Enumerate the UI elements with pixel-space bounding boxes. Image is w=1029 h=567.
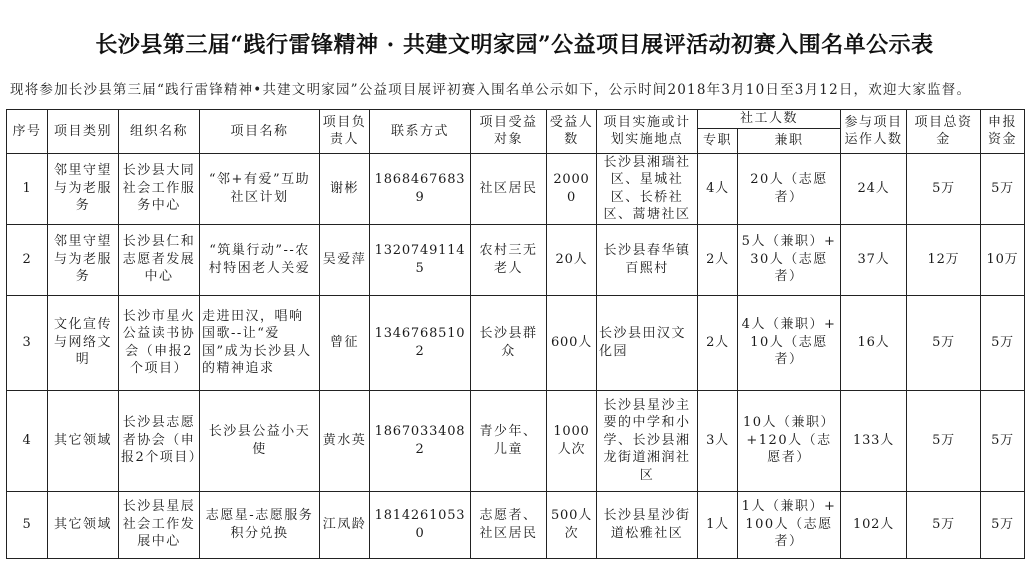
cell-requested-funds: 5万 [981, 491, 1025, 558]
cell-org: 长沙县仁和志愿者发展中心 [119, 224, 200, 295]
cell-contact: 18670334082 [370, 390, 471, 491]
cell-location: 长沙县星沙主要的中学和小学、长沙县湘龙街道湘润社区 [597, 390, 698, 491]
table-row: 3 文化宣传与网络文明 长沙市星火公益读书协会（申报2个项目） 走进田汉，唱响国… [7, 295, 1025, 390]
cell-part-time: 4人（兼职）+10人（志愿者） [738, 295, 841, 390]
cell-org: 长沙市星火公益读书协会（申报2个项目） [119, 295, 200, 390]
cell-beneficiary-count: 20000 [547, 153, 597, 224]
cell-seq: 3 [7, 295, 48, 390]
cell-total-funds: 5万 [907, 491, 981, 558]
cell-total-funds: 5万 [907, 390, 981, 491]
cell-leader: 曾征 [320, 295, 370, 390]
cell-project: 志愿星-志愿服务积分兑换 [200, 491, 320, 558]
cell-full-time: 2人 [698, 224, 738, 295]
cell-full-time: 3人 [698, 390, 738, 491]
table-row: 1 邻里守望与为老服务 长沙县大同社会工作服务中心 “邻+有爱”互助社区计划 谢… [7, 153, 1025, 224]
cell-project: 长沙县公益小天使 [200, 390, 320, 491]
cell-category: 文化宣传与网络文明 [48, 295, 119, 390]
header-project: 项目名称 [200, 110, 320, 154]
cell-part-time: 10人（兼职）+120人（志愿者） [738, 390, 841, 491]
shortlist-table: 序号 项目类别 组织名称 项目名称 项目负责人 联系方式 项目受益对象 受益人数… [6, 109, 1025, 559]
header-org: 组织名称 [119, 110, 200, 154]
cell-requested-funds: 10万 [981, 224, 1025, 295]
cell-leader: 谢彬 [320, 153, 370, 224]
header-part-time: 兼职 [738, 128, 841, 153]
header-full-time: 专职 [698, 128, 738, 153]
cell-seq: 2 [7, 224, 48, 295]
document-title: 长沙县第三届“践行雷锋精神 · 共建文明家园”公益项目展评活动初赛入围名单公示表 [0, 28, 1029, 59]
header-total-funds: 项目总资金 [907, 110, 981, 154]
cell-requested-funds: 5万 [981, 295, 1025, 390]
cell-location: 长沙县湘瑞社区、星城社区、长桥社区、蒿塘社区 [597, 153, 698, 224]
cell-org: 长沙县大同社会工作服务中心 [119, 153, 200, 224]
cell-contact: 13207491145 [370, 224, 471, 295]
cell-requested-funds: 5万 [981, 153, 1025, 224]
cell-category: 其它领域 [48, 491, 119, 558]
cell-contact: 18684676839 [370, 153, 471, 224]
cell-seq: 4 [7, 390, 48, 491]
header-social-workers: 社工人数 [698, 110, 841, 129]
cell-beneficiary: 长沙县群众 [471, 295, 547, 390]
cell-full-time: 1人 [698, 491, 738, 558]
cell-beneficiary-count: 1000人次 [547, 390, 597, 491]
header-seq: 序号 [7, 110, 48, 154]
cell-requested-funds: 5万 [981, 390, 1025, 491]
cell-beneficiary: 社区居民 [471, 153, 547, 224]
cell-location: 长沙县春华镇百熙村 [597, 224, 698, 295]
table-row: 4 其它领域 长沙县志愿者协会（申报2个项目） 长沙县公益小天使 黄水英 186… [7, 390, 1025, 491]
cell-project: “筑巢行动”--农村特困老人关爱 [200, 224, 320, 295]
header-beneficiary: 项目受益对象 [471, 110, 547, 154]
cell-org: 长沙县志愿者协会（申报2个项目） [119, 390, 200, 491]
cell-contact: 13467685102 [370, 295, 471, 390]
cell-part-time: 5人（兼职）+30人（志愿者） [738, 224, 841, 295]
cell-beneficiary: 志愿者、社区居民 [471, 491, 547, 558]
header-leader: 项目负责人 [320, 110, 370, 154]
header-beneficiary-count: 受益人数 [547, 110, 597, 154]
cell-project: “邻+有爱”互助社区计划 [200, 153, 320, 224]
cell-total-funds: 5万 [907, 295, 981, 390]
cell-participants: 37人 [841, 224, 907, 295]
cell-beneficiary-count: 500人次 [547, 491, 597, 558]
cell-beneficiary: 青少年、儿童 [471, 390, 547, 491]
table-row: 2 邻里守望与为老服务 长沙县仁和志愿者发展中心 “筑巢行动”--农村特困老人关… [7, 224, 1025, 295]
cell-category: 邻里守望与为老服务 [48, 153, 119, 224]
table-row: 5 其它领域 长沙县星辰社会工作发展中心 志愿星-志愿服务积分兑换 江凤龄 18… [7, 491, 1025, 558]
header-location: 项目实施或计划实施地点 [597, 110, 698, 154]
cell-participants: 16人 [841, 295, 907, 390]
cell-seq: 5 [7, 491, 48, 558]
cell-leader: 黄水英 [320, 390, 370, 491]
header-category: 项目类别 [48, 110, 119, 154]
cell-location: 长沙县星沙街道松雅社区 [597, 491, 698, 558]
cell-beneficiary-count: 20人 [547, 224, 597, 295]
cell-participants: 102人 [841, 491, 907, 558]
intro-paragraph: 现将参加长沙县第三届“践行雷锋精神•共建文明家园”公益项目展评初赛入围名单公示如… [10, 78, 1029, 98]
cell-full-time: 4人 [698, 153, 738, 224]
cell-part-time: 1人（兼职）+100人（志愿者） [738, 491, 841, 558]
cell-seq: 1 [7, 153, 48, 224]
cell-participants: 133人 [841, 390, 907, 491]
cell-category: 邻里守望与为老服务 [48, 224, 119, 295]
cell-total-funds: 12万 [907, 224, 981, 295]
header-row: 序号 项目类别 组织名称 项目名称 项目负责人 联系方式 项目受益对象 受益人数… [7, 110, 1025, 129]
cell-category: 其它领域 [48, 390, 119, 491]
cell-participants: 24人 [841, 153, 907, 224]
header-contact: 联系方式 [370, 110, 471, 154]
cell-leader: 江凤龄 [320, 491, 370, 558]
cell-full-time: 2人 [698, 295, 738, 390]
cell-project: 走进田汉，唱响国歌--让“爱国”成为长沙县人的精神追求 [200, 295, 320, 390]
cell-beneficiary: 农村三无老人 [471, 224, 547, 295]
cell-location: 长沙县田汉文化园 [597, 295, 698, 390]
cell-leader: 吴爱萍 [320, 224, 370, 295]
cell-beneficiary-count: 600人 [547, 295, 597, 390]
cell-part-time: 20人（志愿者） [738, 153, 841, 224]
cell-total-funds: 5万 [907, 153, 981, 224]
cell-contact: 18142610530 [370, 491, 471, 558]
header-requested-funds: 申报资金 [981, 110, 1025, 154]
header-participants: 参与项目运作人数 [841, 110, 907, 154]
cell-org: 长沙县星辰社会工作发展中心 [119, 491, 200, 558]
